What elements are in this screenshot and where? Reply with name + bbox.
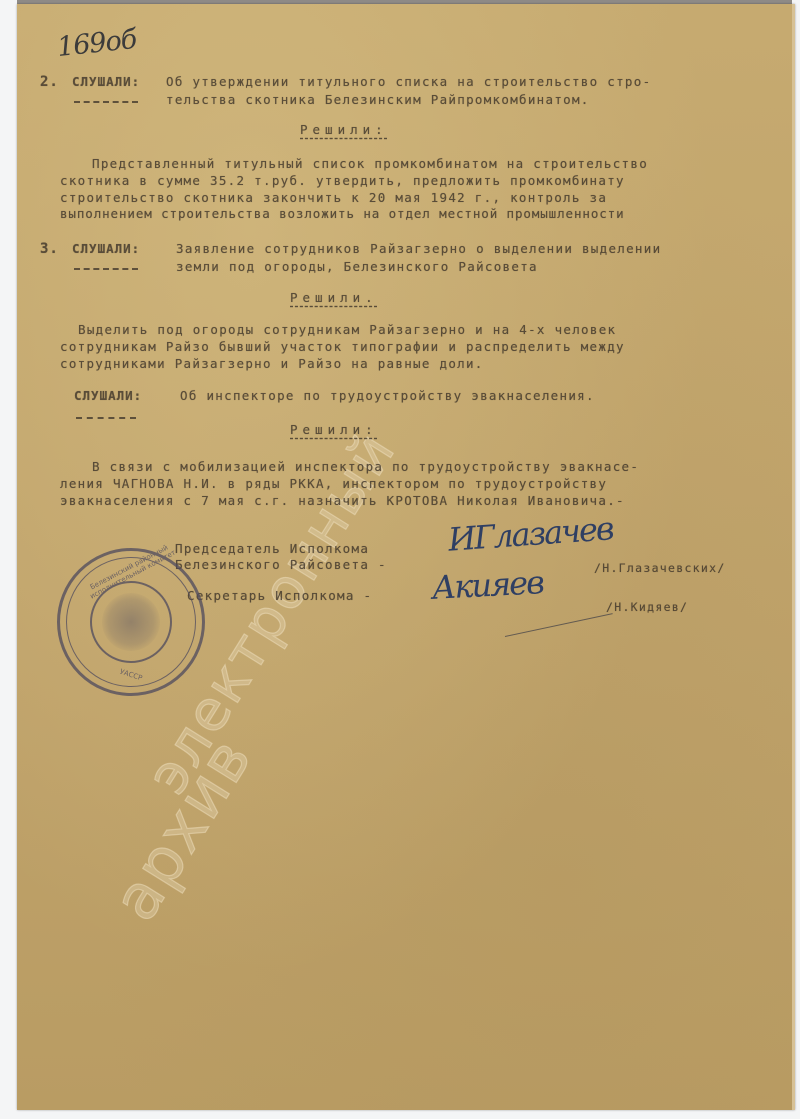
item-4-decision-line-2: ления ЧАГНОВА Н.И. в ряды РККА, инспекто… xyxy=(60,476,607,491)
item-3-number: 3. xyxy=(40,241,59,257)
item-2-heading: СЛУШАЛИ: xyxy=(72,74,140,89)
item-4-decision-line-1: В связи с мобилизацией инспектора по тру… xyxy=(92,459,639,474)
item-3-decision-line-2: сотрудникам Райзо бывший участок типогра… xyxy=(60,339,625,354)
item-2-heading-underline xyxy=(74,101,138,103)
item-2-decision-line-2: скотника в сумме 35.2 т.руб. утвердить, … xyxy=(60,173,625,188)
item-4-decision-heading: Решили: xyxy=(290,422,378,437)
secretary-title: Секретарь Исполкома - xyxy=(187,588,372,603)
item-4-decision-line-3: эвакнаселения с 7 мая с.г. назначить КРО… xyxy=(60,493,625,508)
chairman-title-line-1: Председатель Исполкома xyxy=(175,541,369,556)
item-3-decision-line-1: Выделить под огороды сотрудникам Райзагз… xyxy=(78,322,616,337)
item-2-decision-line-1: Представленный титульный список промкомб… xyxy=(92,156,648,171)
item-3-heading: СЛУШАЛИ: xyxy=(72,241,140,256)
item-2-number: 2. xyxy=(40,74,59,90)
item-3-text-line-2: земли под огороды, Белезинского Райсовет… xyxy=(176,259,538,274)
chairman-name: /Н.Глазачевских/ xyxy=(594,561,726,575)
item-3-decision-heading: Решили. xyxy=(290,290,378,305)
item-4-text-line-1: Об инспекторе по трудоустройству эвакнас… xyxy=(180,388,595,403)
item-2-decision-line-4: выполнением строительства возложить на о… xyxy=(60,206,625,221)
official-round-stamp: Белезинский районный исполнительный коми… xyxy=(57,548,205,696)
coat-of-arms-emblem-icon xyxy=(102,593,160,651)
secretary-handwritten-signature: Акияев xyxy=(431,563,544,607)
item-3-heading-underline xyxy=(74,268,138,270)
chairman-title-line-2: Белезинского Райсовета - xyxy=(175,557,387,572)
item-2-decision-heading: Решили: xyxy=(300,122,388,137)
item-4-heading-underline xyxy=(76,417,136,419)
item-4-heading: СЛУШАЛИ: xyxy=(74,388,142,403)
item-2-text-line-1: Об утверждении титульного списка на стро… xyxy=(166,74,651,89)
item-3-text-line-1: Заявление сотрудников Райзагзерно о выде… xyxy=(176,241,661,256)
item-2-text-line-2: тельства скотника Белезинским Райпромком… xyxy=(166,92,590,107)
secretary-name: /Н.Кидяев/ xyxy=(606,600,688,614)
item-2-decision-line-3: строительство скотника закончить к 20 ма… xyxy=(60,190,607,205)
item-3-decision-line-3: сотрудниками Райзагзерно и Райзо на равн… xyxy=(60,356,484,371)
